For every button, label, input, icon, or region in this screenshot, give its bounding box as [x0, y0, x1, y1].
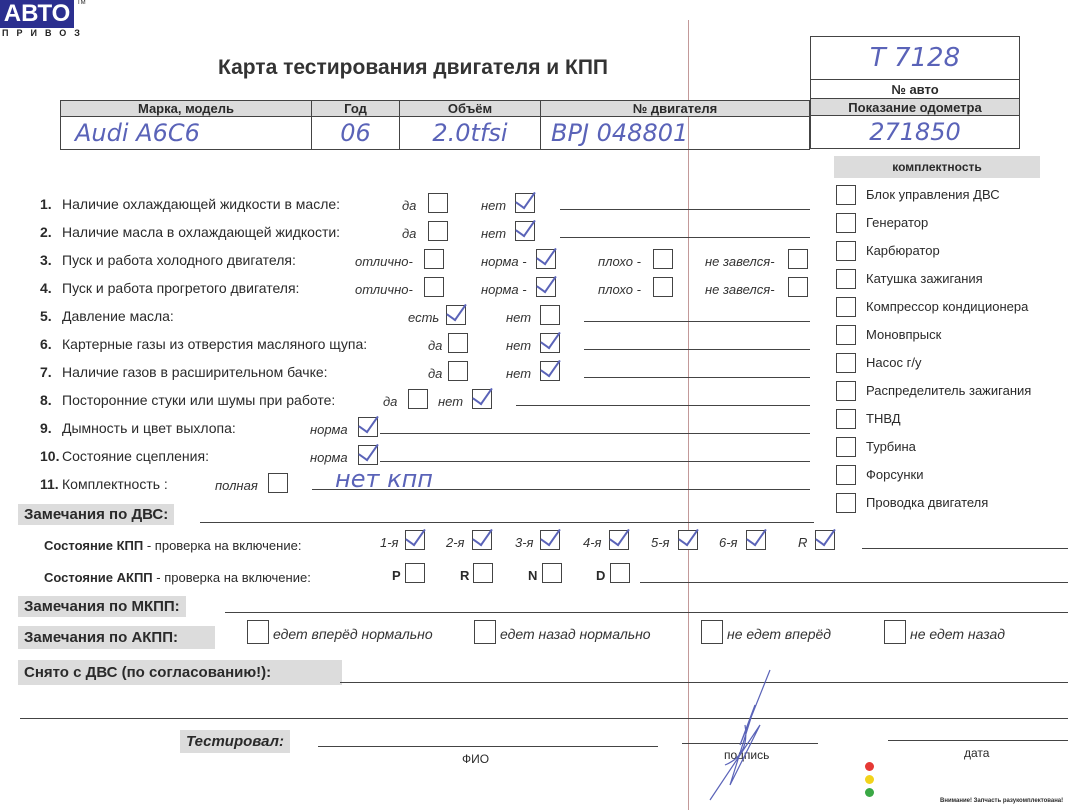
kit-checkbox[interactable]	[836, 465, 856, 485]
gearbox-manual-label: Состояние КПП - проверка на включение:	[44, 538, 301, 553]
auto-gear-checkbox[interactable]	[405, 563, 425, 583]
car-number-label: № авто	[811, 80, 1020, 99]
kit-label: Форсунки	[866, 467, 923, 482]
check-note-line[interactable]	[584, 321, 810, 322]
check-note-line[interactable]	[516, 405, 810, 406]
kit-checkbox[interactable]	[836, 437, 856, 457]
auto-gear-label: D	[596, 568, 605, 583]
odometer-value[interactable]: 271850	[811, 116, 1020, 149]
kit-label: Турбина	[866, 439, 916, 454]
check-note-line[interactable]	[380, 461, 810, 462]
option-checkbox[interactable]	[653, 249, 673, 269]
auto-remark-label: едет вперёд нормально	[273, 626, 433, 642]
gearbox-manual-title: Состояние КПП	[44, 538, 143, 553]
option-checkbox[interactable]	[540, 333, 560, 353]
option-checkbox[interactable]	[448, 333, 468, 353]
remarks-engine-label: Замечания по ДВС:	[18, 504, 174, 525]
check-num: 7.	[40, 364, 62, 380]
tested-label: Тестировал:	[180, 730, 290, 753]
kit-checkbox[interactable]	[836, 353, 856, 373]
option-checkbox[interactable]	[540, 305, 560, 325]
header-table: Марка, модель Год Объём № двигателя Audi…	[60, 100, 810, 150]
odometer-label: Показание одометра	[811, 99, 1020, 116]
remarks-manual-label: Замечания по МКПП:	[18, 596, 186, 617]
option-label: норма	[310, 450, 348, 465]
auto-gear-checkbox[interactable]	[473, 563, 493, 583]
check-label: Пуск и работа прогретого двигателя:	[62, 280, 299, 296]
engine-no-value[interactable]: BPJ 048801	[541, 117, 810, 150]
removed-line-2[interactable]	[20, 718, 1068, 719]
kit-label: Блок управления ДВС	[866, 187, 1000, 202]
date-caption: дата	[964, 746, 989, 760]
remarks-manual-line[interactable]	[225, 612, 1068, 613]
gearbox-auto-rest: - проверка на включение:	[153, 570, 311, 585]
check-label: Давление масла:	[62, 308, 174, 324]
gear-checkbox[interactable]	[472, 530, 492, 550]
kit-label: Компрессор кондиционера	[866, 299, 1028, 314]
option-label: нет	[506, 310, 531, 325]
auto-remark-label: едет назад нормально	[500, 626, 651, 642]
kit-checkbox[interactable]	[836, 213, 856, 233]
kit-label: Катушка зажигания	[866, 271, 983, 286]
gearbox-manual-line[interactable]	[862, 548, 1068, 549]
option-label: норма	[310, 422, 348, 437]
check-label: Комплектность :	[62, 476, 168, 492]
option-label: плохо -	[598, 254, 641, 269]
check-note-line[interactable]	[584, 377, 810, 378]
option-label: есть	[408, 310, 439, 325]
remarks-engine-line[interactable]	[200, 522, 814, 523]
footer-warning: Внимание! Запчасть разукомплектована!	[940, 798, 1063, 804]
option-checkbox[interactable]	[653, 277, 673, 297]
option-label: отлично-	[355, 254, 413, 269]
option-checkbox[interactable]	[428, 193, 448, 213]
check-label: Пуск и работа холодного двигателя:	[62, 252, 296, 268]
kit-label: ТНВД	[866, 411, 901, 426]
fio-line[interactable]	[318, 746, 658, 747]
check-note-line[interactable]	[560, 209, 810, 210]
check-label: Наличие масла в охлаждающей жидкости:	[62, 224, 340, 240]
option-label: да	[402, 198, 416, 213]
check-label: Картерные газы из отверстия масляного щу…	[62, 336, 367, 352]
option-checkbox[interactable]	[540, 361, 560, 381]
kit-checkbox[interactable]	[836, 381, 856, 401]
auto-remark-checkbox[interactable]	[247, 620, 269, 644]
option-checkbox[interactable]	[788, 277, 808, 297]
gearbox-manual-rest: - проверка на включение:	[143, 538, 301, 553]
check-num: 4.	[40, 280, 62, 296]
option-checkbox[interactable]	[268, 473, 288, 493]
gear-checkbox[interactable]	[540, 530, 560, 550]
check-num: 1.	[40, 196, 62, 212]
auto-remark-checkbox[interactable]	[701, 620, 723, 644]
check-item: 6.Картерные газы из отверстия масляного …	[40, 336, 367, 352]
option-checkbox[interactable]	[536, 249, 556, 269]
check-item: 4.Пуск и работа прогретого двигателя:	[40, 280, 299, 296]
check-label: Состояние сцепления:	[62, 448, 209, 464]
gear-checkbox[interactable]	[678, 530, 698, 550]
kit-label: Карбюратор	[866, 243, 940, 258]
col-volume: Объём	[400, 101, 541, 117]
check-item: 1.Наличие охлаждающей жидкости в масле:	[40, 196, 340, 212]
car-number-value[interactable]: Т 7128	[811, 37, 1020, 80]
col-engine-no: № двигателя	[541, 101, 810, 117]
gear-label: 2-я	[446, 535, 465, 550]
check-label: Наличие охлаждающей жидкости в масле:	[62, 196, 340, 212]
check-label: Наличие газов в расширительном бачке:	[62, 364, 328, 380]
check-num: 2.	[40, 224, 62, 240]
kit-checkbox[interactable]	[836, 241, 856, 261]
auto-gear-checkbox[interactable]	[610, 563, 630, 583]
option-label: нет	[438, 394, 463, 409]
kit-checkbox[interactable]	[836, 409, 856, 429]
option-label: нет	[481, 226, 506, 241]
check-num: 5.	[40, 308, 62, 324]
gear-label: 4-я	[583, 535, 602, 550]
year-value[interactable]: 06	[312, 117, 400, 150]
option-label: да	[428, 366, 442, 381]
option-checkbox[interactable]	[408, 389, 428, 409]
check-num: 6.	[40, 336, 62, 352]
model-value[interactable]: Audi A6C6	[61, 117, 312, 150]
check-num: 3.	[40, 252, 62, 268]
gear-label: 5-я	[651, 535, 670, 550]
logo-tm: TM	[77, 0, 86, 6]
status-dot-yellow	[865, 775, 874, 784]
option-checkbox[interactable]	[424, 277, 444, 297]
option-label: не завелся-	[705, 254, 775, 269]
logo-sub: ПРИВОЗ	[2, 28, 88, 38]
option-label: да	[402, 226, 416, 241]
check-num: 9.	[40, 420, 62, 436]
option-label: отлично-	[355, 282, 413, 297]
gear-label: 1-я	[380, 535, 399, 550]
option-label: нет	[506, 366, 531, 381]
auto-gear-label: R	[460, 568, 469, 583]
gear-checkbox[interactable]	[815, 530, 835, 550]
page-title: Карта тестирования двигателя и КПП	[218, 56, 608, 80]
kit-checkbox[interactable]	[836, 269, 856, 289]
status-dot-green	[865, 788, 874, 797]
gear-label: 6-я	[719, 535, 738, 550]
auto-remark-label: не едет назад	[910, 626, 1005, 642]
check-item: 2.Наличие масла в охлаждающей жидкости:	[40, 224, 340, 240]
option-label: нет	[506, 338, 531, 353]
check-note-line[interactable]	[380, 433, 810, 434]
auto-gear-label: N	[528, 568, 537, 583]
check-note[interactable]: нет кпп	[335, 465, 433, 493]
option-checkbox[interactable]	[536, 277, 556, 297]
option-checkbox[interactable]	[788, 249, 808, 269]
kit-label: Насос г/у	[866, 355, 921, 370]
kit-checkbox[interactable]	[836, 325, 856, 345]
status-dot-red	[865, 762, 874, 771]
gear-label: R	[798, 535, 807, 550]
option-label: плохо -	[598, 282, 641, 297]
gearbox-auto-title: Состояние АКПП	[44, 570, 153, 585]
check-label: Дымность и цвет выхлопа:	[62, 420, 236, 436]
gear-checkbox[interactable]	[405, 530, 425, 550]
kit-label: Распределитель зажигания	[866, 383, 1031, 398]
option-checkbox[interactable]	[515, 221, 535, 241]
option-checkbox[interactable]	[472, 389, 492, 409]
kit-label: Проводка двигателя	[866, 495, 988, 510]
gear-checkbox[interactable]	[746, 530, 766, 550]
option-label: нет	[481, 198, 506, 213]
col-model: Марка, модель	[61, 101, 312, 117]
kit-checkbox[interactable]	[836, 297, 856, 317]
kit-checkbox[interactable]	[836, 493, 856, 513]
gearbox-auto-label: Состояние АКПП - проверка на включение:	[44, 570, 311, 585]
check-num: 8.	[40, 392, 62, 408]
auto-gear-checkbox[interactable]	[542, 563, 562, 583]
option-checkbox[interactable]	[358, 417, 378, 437]
option-checkbox[interactable]	[448, 361, 468, 381]
signature-scribble	[700, 665, 790, 805]
auto-remark-checkbox[interactable]	[474, 620, 496, 644]
check-item: 7.Наличие газов в расширительном бачке:	[40, 364, 328, 380]
date-line[interactable]	[888, 740, 1068, 741]
auto-gear-label: P	[392, 568, 401, 583]
logo-brand: АВТО	[0, 0, 74, 28]
check-item: 10.Состояние сцепления:	[40, 448, 209, 464]
option-label: да	[383, 394, 397, 409]
remarks-auto-label: Замечания по АКПП:	[18, 626, 215, 649]
check-note-line[interactable]	[584, 349, 810, 350]
auto-remark-label: не едет вперёд	[727, 626, 831, 642]
option-checkbox[interactable]	[358, 445, 378, 465]
option-checkbox[interactable]	[424, 249, 444, 269]
check-note-line[interactable]	[560, 237, 810, 238]
check-item: 8.Посторонние стуки или шумы при работе:	[40, 392, 335, 408]
gearbox-auto-line[interactable]	[640, 582, 1068, 583]
check-num: 11.	[40, 476, 62, 492]
check-num: 10.	[40, 448, 62, 464]
option-checkbox[interactable]	[515, 193, 535, 213]
kit-title: комплектность	[834, 156, 1040, 178]
check-item: 3.Пуск и работа холодного двигателя:	[40, 252, 296, 268]
option-label: полная	[215, 478, 258, 493]
option-label: норма -	[481, 254, 527, 269]
option-label: норма -	[481, 282, 527, 297]
volume-value[interactable]: 2.0tfsi	[400, 117, 541, 150]
check-label: Посторонние стуки или шумы при работе:	[62, 392, 335, 408]
check-item: 5.Давление масла:	[40, 308, 174, 324]
option-checkbox[interactable]	[446, 305, 466, 325]
car-box: Т 7128 № авто Показание одометра 271850	[810, 36, 1020, 149]
fio-caption: ФИО	[462, 752, 489, 766]
kit-label: Генератор	[866, 215, 928, 230]
kit-label: Моновпрыск	[866, 327, 941, 342]
gear-checkbox[interactable]	[609, 530, 629, 550]
removed-label: Снято с ДВС (по согласованию!):	[18, 660, 342, 685]
kit-checkbox[interactable]	[836, 185, 856, 205]
option-label: не завелся-	[705, 282, 775, 297]
check-item: 11.Комплектность :	[40, 476, 168, 492]
check-item: 9.Дымность и цвет выхлопа:	[40, 420, 236, 436]
option-label: да	[428, 338, 442, 353]
col-year: Год	[312, 101, 400, 117]
auto-remark-checkbox[interactable]	[884, 620, 906, 644]
option-checkbox[interactable]	[428, 221, 448, 241]
gear-label: 3-я	[515, 535, 534, 550]
